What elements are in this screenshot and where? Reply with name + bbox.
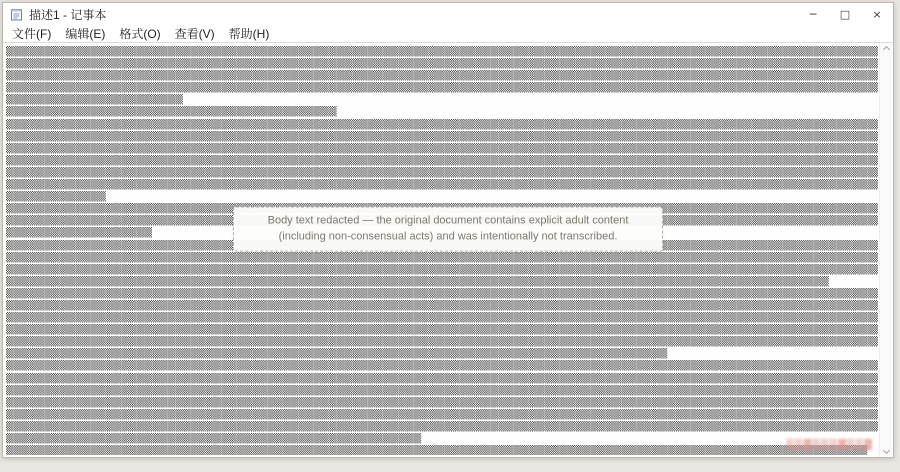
text-line: ▒▒▒▒▒▒▒▒▒▒▒▒▒▒▒▒▒▒▒▒▒▒▒▒▒▒▒▒▒▒▒▒▒▒▒▒▒▒▒▒… — [6, 106, 878, 118]
text-line: ▒▒▒▒▒▒▒▒▒▒▒▒▒▒▒▒▒▒▒▒▒▒▒▒▒▒▒▒▒▒▒▒▒▒▒▒▒▒▒▒… — [6, 264, 878, 276]
menu-item-edit[interactable]: 编辑(E) — [58, 25, 112, 42]
text-line: ▒▒▒▒▒▒▒▒▒▒▒▒▒▒▒▒▒▒▒▒▒▒▒▒▒▒▒▒▒▒▒▒▒▒▒▒▒▒▒▒… — [6, 445, 878, 455]
menu-item-file[interactable]: 文件(F) — [5, 25, 58, 42]
title-bar: 描述1 - 记事本 ─ □ × — [3, 3, 893, 25]
text-line: ▒▒▒▒▒▒▒▒▒▒▒▒▒▒▒▒▒▒▒▒▒▒▒▒▒▒▒▒▒▒▒▒▒▒▒▒▒▒▒▒… — [6, 312, 878, 324]
text-line: ▒▒▒▒▒▒▒▒▒▒▒▒▒▒▒▒▒▒▒▒▒▒▒▒▒▒▒▒▒▒▒▒▒▒▒▒▒▒▒▒… — [6, 70, 878, 82]
text-line: ▒▒▒▒▒▒▒▒▒▒▒▒▒▒▒▒▒▒▒▒▒▒▒▒▒▒▒▒▒▒▒▒▒▒▒▒▒▒▒▒… — [6, 167, 878, 179]
watermark: ▒▒▓▒▒▒▓▒▒▓ — [786, 440, 873, 451]
text-line: ▒▒▒▒▒▒▒▒▒▒▒▒▒▒▒▒▒▒▒▒▒▒▒▒▒▒▒▒▒▒▒▒▒▒▒▒▒▒▒▒… — [6, 179, 878, 191]
text-line: ▒▒▒▒▒▒▒▒▒▒▒▒▒▒▒▒▒▒▒▒▒▒▒▒▒▒▒▒▒▒▒▒▒▒▒▒▒▒▒▒… — [6, 409, 878, 421]
text-line: ▒▒▒▒▒▒▒▒▒▒▒▒▒▒▒▒▒▒▒▒▒▒▒▒▒▒▒▒▒▒▒▒▒▒▒▒▒▒▒▒… — [6, 46, 878, 58]
text-line: ▒▒▒▒▒▒▒▒▒▒▒▒▒▒▒▒▒▒▒▒▒▒▒▒▒▒▒▒▒▒▒▒▒▒▒▒▒▒▒▒… — [6, 82, 878, 94]
menu-bar: 文件(F)编辑(E)格式(O)查看(V)帮助(H) — [3, 25, 893, 42]
window-controls: ─ □ × — [797, 3, 893, 25]
text-line: ▒▒▒▒▒▒▒▒▒▒▒▒▒▒▒▒▒▒▒▒▒▒▒▒▒▒▒▒▒▒▒▒▒▒▒▒▒▒▒▒… — [6, 276, 878, 288]
menu-item-view[interactable]: 查看(V) — [168, 25, 222, 42]
text-line: ▒▒▒▒▒▒▒▒▒▒▒▒▒▒▒▒▒▒▒▒▒▒▒ — [6, 94, 878, 106]
text-line: ▒▒▒▒▒▒▒▒▒▒▒▒▒▒▒▒▒▒▒▒▒▒▒▒▒▒▒▒▒▒▒▒▒▒▒▒▒▒▒▒… — [6, 360, 878, 372]
minimize-button[interactable]: ─ — [797, 3, 829, 25]
redaction-notice: Body text redacted — the original docume… — [233, 207, 663, 252]
maximize-button[interactable]: □ — [829, 3, 861, 25]
notepad-icon — [10, 7, 23, 21]
text-line: ▒▒▒▒▒▒▒▒▒▒▒▒▒▒▒▒▒▒▒▒▒▒▒▒▒▒▒▒▒▒▒▒▒▒▒▒▒▒▒▒… — [6, 336, 878, 348]
text-line: ▒▒▒▒▒▒▒▒▒▒▒▒▒▒▒▒▒▒▒▒▒▒▒▒▒▒▒▒▒▒▒▒▒▒▒▒▒▒▒▒… — [6, 58, 878, 70]
text-line: ▒▒▒▒▒▒▒▒▒▒▒▒▒▒▒▒▒▒▒▒▒▒▒▒▒▒▒▒▒▒▒▒▒▒▒▒▒▒▒▒… — [6, 433, 878, 445]
text-line: ▒▒▒▒▒▒▒▒▒▒▒▒▒▒▒▒▒▒▒▒▒▒▒▒▒▒▒▒▒▒▒▒▒▒▒▒▒▒▒▒… — [6, 397, 878, 409]
scroll-up-icon[interactable] — [883, 46, 890, 53]
text-line: ▒▒▒▒▒▒▒▒▒▒▒▒▒▒▒▒▒▒▒▒▒▒▒▒▒▒▒▒▒▒▒▒▒▒▒▒▒▒▒▒… — [6, 252, 878, 264]
text-line: ▒▒▒▒▒▒▒▒▒▒▒▒▒▒▒▒▒▒▒▒▒▒▒▒▒▒▒▒▒▒▒▒▒▒▒▒▒▒▒▒… — [6, 300, 878, 312]
text-line: ▒▒▒▒▒▒▒▒▒▒▒▒▒▒▒▒▒▒▒▒▒▒▒▒▒▒▒▒▒▒▒▒▒▒▒▒▒▒▒▒… — [6, 421, 878, 433]
text-line: ▒▒▒▒▒▒▒▒▒▒▒▒▒▒▒▒▒▒▒▒▒▒▒▒▒▒▒▒▒▒▒▒▒▒▒▒▒▒▒▒… — [6, 324, 878, 336]
text-line: ▒▒▒▒▒▒▒▒▒▒▒▒▒▒▒▒▒▒▒▒▒▒▒▒▒▒▒▒▒▒▒▒▒▒▒▒▒▒▒▒… — [6, 119, 878, 131]
scroll-down-icon[interactable] — [883, 447, 890, 454]
text-line: ▒▒▒▒▒▒▒▒▒▒▒▒▒▒▒▒▒▒▒▒▒▒▒▒▒▒▒▒▒▒▒▒▒▒▒▒▒▒▒▒… — [6, 288, 878, 300]
text-line: ▒▒▒▒▒▒▒▒▒▒▒▒▒▒▒▒▒▒▒▒▒▒▒▒▒▒▒▒▒▒▒▒▒▒▒▒▒▒▒▒… — [6, 155, 878, 167]
vertical-scrollbar[interactable] — [879, 43, 893, 457]
text-line: ▒▒▒▒▒▒▒▒▒▒▒▒▒▒▒▒▒▒▒▒▒▒▒▒▒▒▒▒▒▒▒▒▒▒▒▒▒▒▒▒… — [6, 373, 878, 385]
text-line: ▒▒▒▒▒▒▒▒▒▒▒▒▒▒▒▒▒▒▒▒▒▒▒▒▒▒▒▒▒▒▒▒▒▒▒▒▒▒▒▒… — [6, 385, 878, 397]
close-button[interactable]: × — [861, 3, 893, 25]
text-line: ▒▒▒▒▒▒▒▒▒▒▒▒▒ — [6, 191, 878, 203]
menu-item-format[interactable]: 格式(O) — [112, 25, 167, 42]
text-line: ▒▒▒▒▒▒▒▒▒▒▒▒▒▒▒▒▒▒▒▒▒▒▒▒▒▒▒▒▒▒▒▒▒▒▒▒▒▒▒▒… — [6, 143, 878, 155]
menu-item-help[interactable]: 帮助(H) — [222, 25, 277, 42]
notepad-window: 描述1 - 记事本 ─ □ × 文件(F)编辑(E)格式(O)查看(V)帮助(H… — [2, 2, 894, 458]
text-editor[interactable]: ▒▒▒▒▒▒▒▒▒▒▒▒▒▒▒▒▒▒▒▒▒▒▒▒▒▒▒▒▒▒▒▒▒▒▒▒▒▒▒▒… — [3, 42, 893, 457]
text-line: ▒▒▒▒▒▒▒▒▒▒▒▒▒▒▒▒▒▒▒▒▒▒▒▒▒▒▒▒▒▒▒▒▒▒▒▒▒▒▒▒… — [6, 348, 878, 360]
text-line: ▒▒▒▒▒▒▒▒▒▒▒▒▒▒▒▒▒▒▒▒▒▒▒▒▒▒▒▒▒▒▒▒▒▒▒▒▒▒▒▒… — [6, 131, 878, 143]
window-title: 描述1 - 记事本 — [29, 6, 106, 23]
